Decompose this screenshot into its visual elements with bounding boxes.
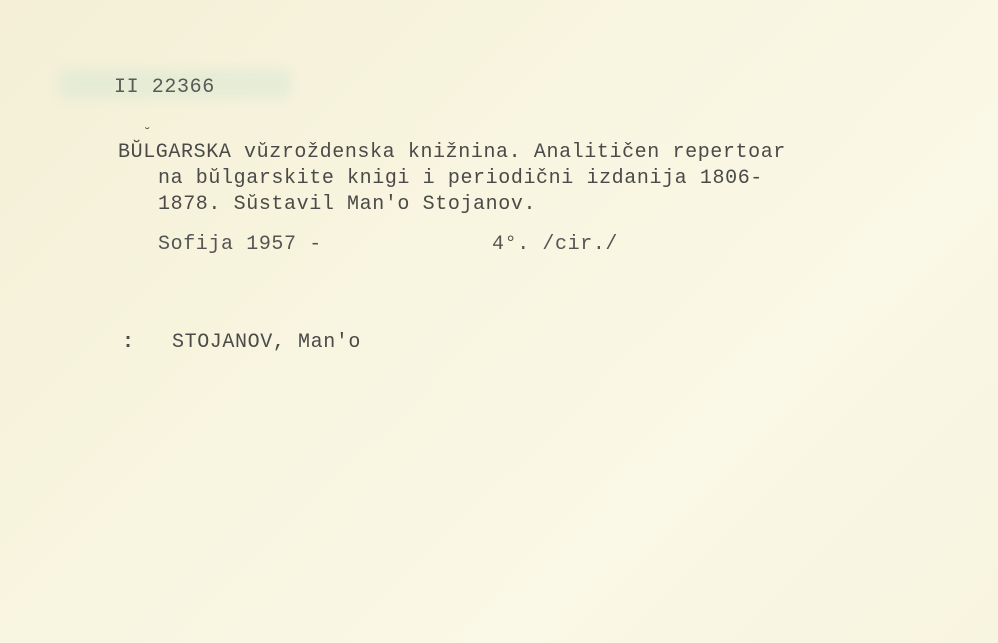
title-line-1: BŬLGARSKA vŭzroždenska knižnina. Analiti…	[118, 143, 786, 163]
title-line-2: na bŭlgarskite knigi i periodični izdani…	[158, 169, 763, 189]
imprint: Sofija 1957 -	[158, 235, 322, 255]
diacritic-mark: ˘	[143, 126, 151, 142]
title-line-3: 1878. Sŭstavil Man'o Stojanov.	[158, 195, 536, 215]
format-note: 4°. /cir./	[492, 235, 618, 255]
call-number: II 22366	[114, 78, 215, 98]
added-entry: STOJANOV, Man'o	[172, 333, 361, 353]
catalog-card: ˘ II 22366 BŬLGARSKA vŭzroždenska knižni…	[0, 0, 998, 643]
tracing-marker: :	[122, 333, 135, 353]
